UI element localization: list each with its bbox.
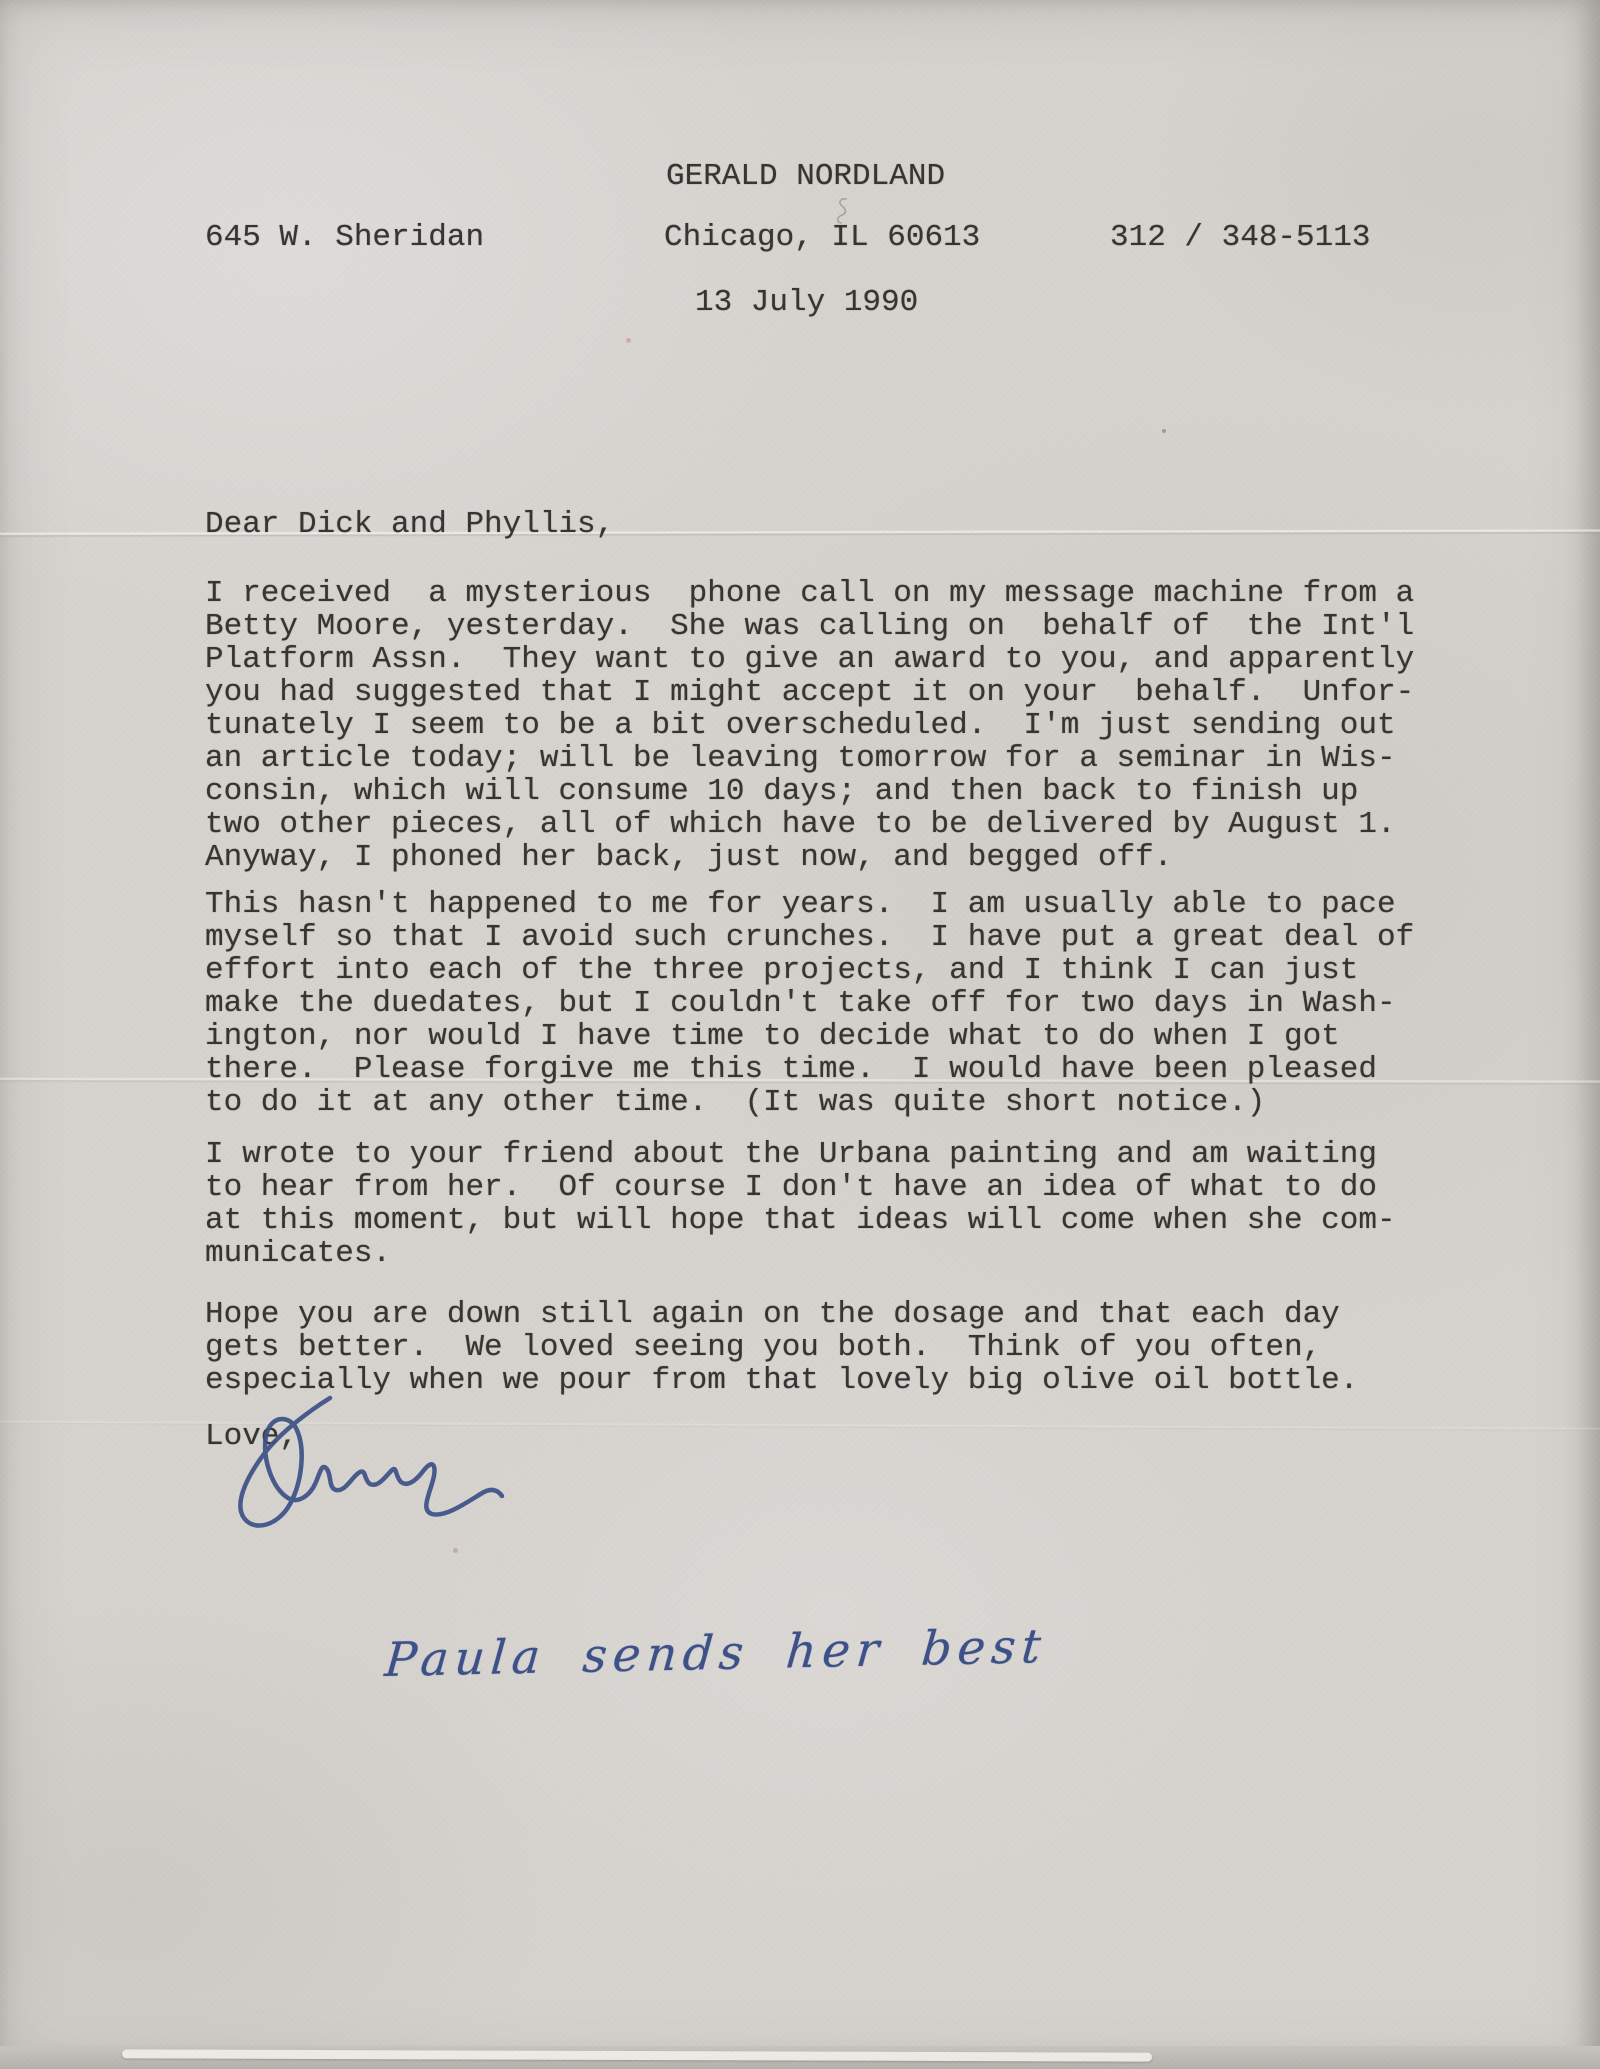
handwritten-postscript: Paula sends her best bbox=[383, 1621, 1049, 1687]
letterhead-address: 645 W. Sheridan bbox=[205, 221, 484, 254]
letterhead-date: 13 July 1990 bbox=[695, 286, 918, 319]
paper-speck bbox=[1162, 429, 1166, 433]
letterhead-name: GERALD NORDLAND bbox=[666, 160, 945, 193]
salutation: Dear Dick and Phyllis, bbox=[205, 508, 614, 541]
letterhead-phone: 312 / 348-5113 bbox=[1110, 221, 1370, 254]
paragraph-1: I received a mysterious phone call on my… bbox=[205, 577, 1414, 874]
letter-page: GERALD NORDLAND 645 W. Sheridan Chicago,… bbox=[0, 0, 1600, 2069]
paper-speck bbox=[453, 1548, 458, 1553]
signature-scribble bbox=[222, 1392, 512, 1542]
paragraph-3: I wrote to your friend about the Urbana … bbox=[205, 1138, 1396, 1270]
closing: Love, bbox=[205, 1420, 298, 1453]
letterhead-city: Chicago, IL 60613 bbox=[664, 221, 980, 254]
paper-speck bbox=[626, 338, 631, 343]
paragraph-4: Hope you are down still again on the dos… bbox=[205, 1298, 1358, 1397]
paragraph-2: This hasn't happened to me for years. I … bbox=[205, 888, 1414, 1119]
